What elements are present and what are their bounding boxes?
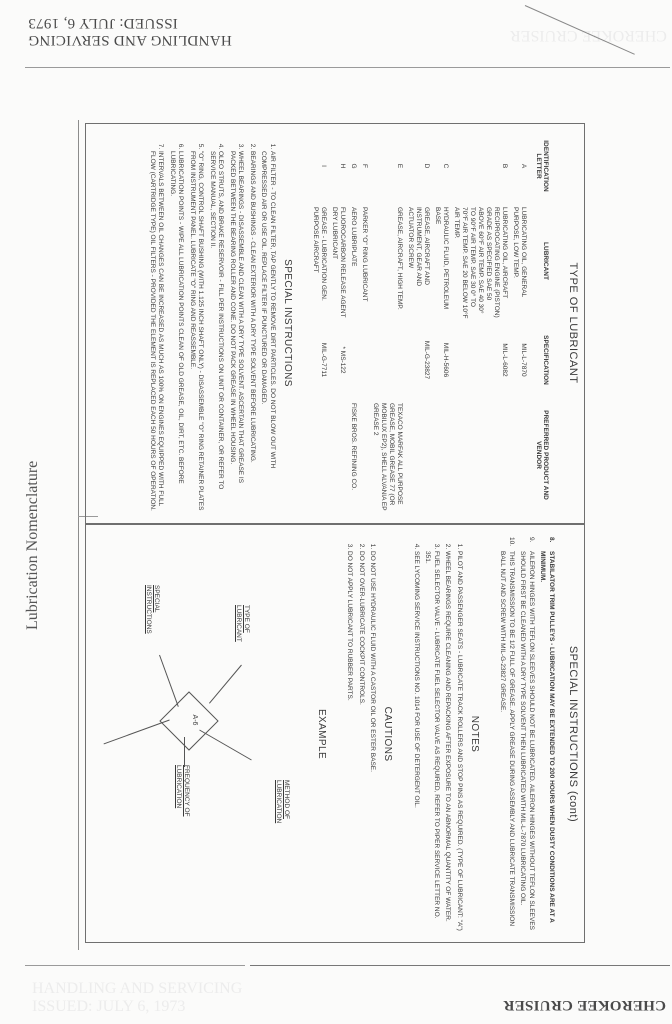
type-of-lubricant-title: TYPE OF LUBRICANT (567, 123, 579, 523)
row-lubricant: GREASE - LUBRICATION GEN. PURPOSE AIRCRA… (311, 201, 327, 321)
diamond-code: A-6 (191, 703, 198, 737)
row-specification: MIL-L-6082 (452, 321, 508, 399)
row-lubricant: LUBRICATING OIL, AIRCRAFT RECIPROCATING … (452, 201, 508, 321)
row-specification: MIL-H-5606 (433, 321, 449, 399)
bottom-rule (25, 965, 245, 966)
lubricant-table-row: IGREASE - LUBRICATION GEN. PURPOSE AIRCR… (311, 131, 327, 515)
row-specification (371, 321, 403, 399)
col-header-vendor: PREFERRED PRODUCT AND VENDOR (535, 399, 549, 511)
row-letter: B (452, 131, 508, 201)
label-special: SPECIAL INSTRUCTIONS (144, 585, 160, 655)
item-text: AILERON HINGES WITH TEFLON SLEEVES SHOUL… (518, 551, 535, 931)
row-lubricant: FLUOROCARBON RELEASE AGENT DRY LUBRICANT (330, 201, 346, 321)
special-instruction-item: WHEEL BEARINGS - DISASSEMBLE AND CLEAN W… (228, 151, 245, 511)
row-specification: MIL-G-7711 (311, 321, 327, 399)
bottom-rule-right (250, 965, 670, 966)
special-instructions-list: AIR FILTER - TO CLEAN FILTER, TAP GENTLY… (148, 137, 277, 511)
row-letter: H (330, 131, 346, 201)
special-instruction-cont-item: 9.AILERON HINGES WITH TEFLON SLEEVES SHO… (518, 537, 535, 931)
left-column: TYPE OF LUBRICANT IDENTIFICATION LETTER … (85, 123, 585, 523)
special-instructions-title: SPECIAL INSTRUCTIONS (282, 123, 293, 523)
example-diagram: A-6 METHOD OF LUBRICATION FREQUENCY OF L… (120, 525, 310, 943)
row-letter: I (311, 131, 327, 201)
row-vendor (406, 399, 430, 511)
right-column: SPECIAL INSTRUCTIONS (cont) 8.STABILATOR… (85, 525, 585, 943)
notes-list: PILOT AND PASSENGER SEATS - LUBRICATE TR… (412, 537, 464, 931)
lubricant-table-body: ALUBRICATING OIL, GENERAL PURPOSE, LOW T… (311, 123, 527, 523)
row-vendor (452, 399, 508, 511)
footer-model-name: CHEROKEE CRUISER (476, 996, 666, 1013)
row-letter: D (406, 131, 430, 201)
item-text: THIS TRANSMISSION TO BE 1/2 FULL OF GREA… (498, 551, 515, 931)
row-vendor (360, 399, 368, 511)
bleed-through-model: CHEROKEE CRUISER (510, 26, 667, 44)
col-header-letter: IDENTIFICATION LETTER (535, 131, 549, 201)
row-letter: C (433, 131, 449, 201)
label-method: METHOD OF LUBRICATION (274, 780, 290, 850)
lubricant-table-row: GAERO LUBRIPLATEFISKE BROS. REFINING CO. (349, 131, 357, 515)
leader-line-method (199, 730, 251, 761)
note-item: FUEL SELECTOR VALVE - LUBRICATE FUEL SEL… (423, 551, 440, 931)
label-type: TYPE OF LUBRICANT (234, 605, 250, 665)
row-specification: MIL-G-23827 (406, 321, 430, 399)
special-instruction-item: OLEO STRUTS, AND BRAKE RESERVOIR - FILL … (208, 151, 225, 511)
example-title: EXAMPLE (316, 525, 327, 943)
lubricant-table-header: IDENTIFICATION LETTER LUBRICANT SPECIFIC… (535, 131, 549, 515)
row-vendor: FISKE BROS. REFINING CO. (349, 399, 357, 511)
lubrication-chart: TYPE OF LUBRICANT IDENTIFICATION LETTER … (85, 123, 585, 943)
special-instruction-item: BEARINGS AND BUSHINGS - CLEAN EXTERIOR W… (248, 151, 257, 511)
leader-line-frequency (184, 737, 185, 767)
notes-title: NOTES (469, 525, 480, 943)
special-instructions-cont-title: SPECIAL INSTRUCTIONS (cont) (567, 525, 579, 943)
row-vendor (511, 399, 527, 511)
row-specification: MIL-L-7870 (511, 321, 527, 399)
row-specification: * MS-122 (330, 321, 346, 399)
item-text: STABILATOR TRIM PULLEYS - LUBRICATION MA… (538, 551, 555, 931)
row-letter: G (349, 131, 357, 201)
row-lubricant: GREASE, AIRCRAFT AND INSTRUMENT, GEAR AN… (406, 201, 430, 321)
col-header-lubricant: LUBRICANT (535, 201, 549, 321)
pointer-arrow (104, 720, 170, 745)
row-lubricant: AERO LUBRIPLATE (349, 201, 357, 321)
lubricant-table-row: DGREASE, AIRCRAFT AND INSTRUMENT, GEAR A… (406, 131, 430, 515)
leader-line-type (209, 665, 242, 704)
special-instruction-item: LUBRICATION POINTS - WIPE ALL LUBRICATIO… (168, 151, 185, 511)
col-header-specification: SPECIFICATION (535, 321, 549, 399)
row-letter: F (360, 131, 368, 201)
header-issued-date: ISSUED: JULY 6, 1973 (28, 14, 238, 31)
item-number: 10. (498, 537, 515, 551)
caution-item: DO NOT USE HYDRAULIC FLUID WITH A CASTOR… (368, 551, 377, 931)
lubricant-table-row: EGREASE, AIRCRAFT, HIGH TEMP.TEXACO MARF… (371, 131, 403, 515)
row-vendor (311, 399, 327, 511)
special-instructions-cont-list: 8.STABILATOR TRIM PULLEYS - LUBRICATION … (498, 537, 555, 931)
row-lubricant: LUBRICATING OIL, GENERAL PURPOSE, LOW TE… (511, 201, 527, 321)
special-instruction-cont-item: 10.THIS TRANSMISSION TO BE 1/2 FULL OF G… (498, 537, 515, 931)
row-specification (349, 321, 357, 399)
figure-caption: Lubrication Nomenclature (24, 430, 48, 630)
label-frequency: FREQUENCY OF LUBRICATION (174, 765, 190, 855)
lubricant-table-row: CHYDRAULIC FLUID, PETROLEUM BASEMIL-H-56… (433, 131, 449, 515)
note-item: WHEEL BEARINGS REQUIRE CLEANING AND REPA… (443, 551, 452, 931)
bleed-through-text: HANDLING AND SERVICING ISSUED: JULY 6, 1… (32, 980, 242, 1016)
lubricant-table-row: HFLUOROCARBON RELEASE AGENT DRY LUBRICAN… (330, 131, 346, 515)
item-number: 9. (518, 537, 535, 551)
special-instruction-item: AIR FILTER - TO CLEAN FILTER, TAP GENTLY… (259, 151, 276, 511)
row-vendor: TEXACO MARFAK ALL PURPOSE GREASE, MOBIL … (371, 399, 403, 511)
item-number: 8. (538, 537, 555, 551)
note-item: PILOT AND PASSENGER SEATS - LUBRICATE TR… (455, 551, 464, 931)
caution-item: DO NOT OVER-LUBRICATE COCKPIT CONTROLS. (357, 551, 366, 931)
row-letter: E (371, 131, 403, 201)
special-instruction-item: "O" RING, CONTROL SHAFT BUSHING (WITH 1.… (188, 151, 205, 511)
row-letter: A (511, 131, 527, 201)
row-specification (360, 321, 368, 399)
page-header: HANDLING AND SERVICING ISSUED: JULY 6, 1… (28, 14, 238, 48)
lubricant-table-row: BLUBRICATING OIL, AIRCRAFT RECIPROCATING… (452, 131, 508, 515)
row-lubricant: PARKER "O" RING LUBRICANT (360, 201, 368, 321)
cautions-list: DO NOT USE HYDRAULIC FLUID WITH A CASTOR… (345, 537, 377, 931)
special-instruction-cont-item: 8.STABILATOR TRIM PULLEYS - LUBRICATION … (538, 537, 555, 931)
row-vendor (433, 399, 449, 511)
leader-line-special (159, 655, 179, 707)
caution-item: DO NOT APPLY LUBRICANT TO RUBBER PARTS. (345, 551, 354, 931)
margin-line (78, 120, 79, 950)
note-item: SEE LYCOMING SERVICE INSTRUCTIONS NO. 10… (412, 551, 421, 931)
row-vendor (330, 399, 346, 511)
special-instruction-item: INTERVALS BETWEEN OIL CHANGES CAN BE INC… (148, 151, 165, 511)
row-lubricant: HYDRAULIC FLUID, PETROLEUM BASE (433, 201, 449, 321)
row-lubricant: GREASE, AIRCRAFT, HIGH TEMP. (371, 201, 403, 321)
header-section-title: HANDLING AND SERVICING (28, 31, 238, 48)
cautions-title: CAUTIONS (383, 525, 394, 943)
lubricant-table-row: FPARKER "O" RING LUBRICANT (360, 131, 368, 515)
top-rule (25, 67, 670, 68)
lubricant-table-row: ALUBRICATING OIL, GENERAL PURPOSE, LOW T… (511, 131, 527, 515)
